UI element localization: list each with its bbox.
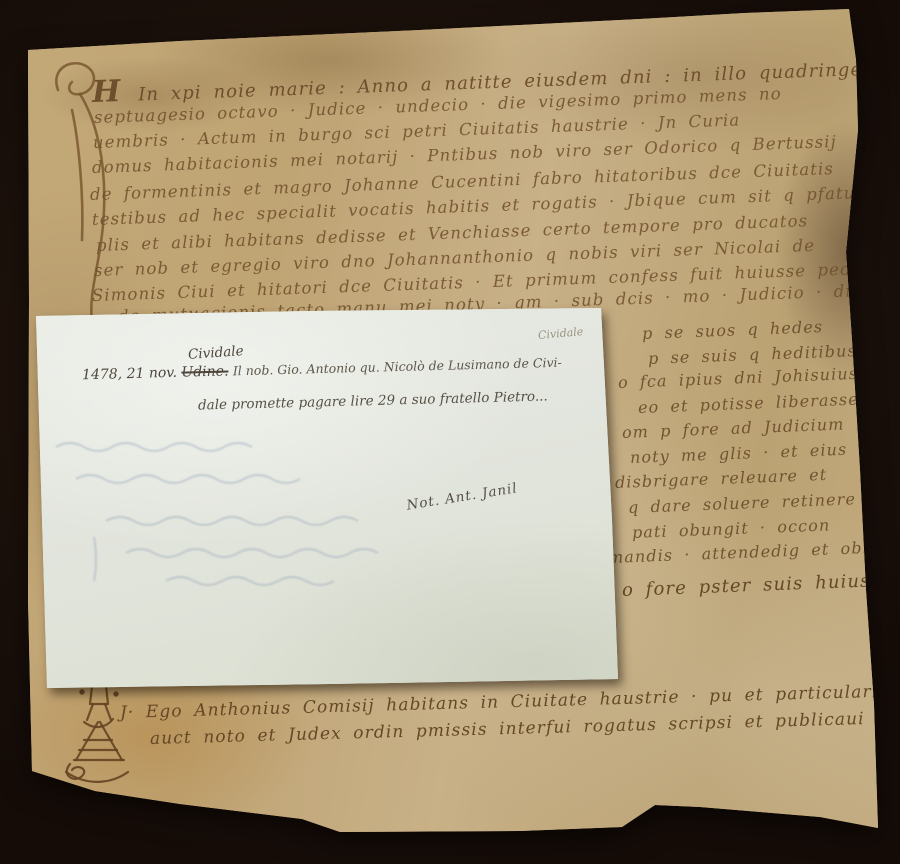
note-summary-line-1: 1478, 21 nov. Udine. Il nob. Gio. Antoni… xyxy=(82,355,562,384)
note-regest-text: Il nob. Gio. Antonio qu. Nicolò de Lusim… xyxy=(233,355,562,379)
note-shadow-wrap: Cividale Cividale 1478, 21 nov. Udine. I… xyxy=(0,0,900,864)
note-signature: Not. Ant. Janil xyxy=(405,480,518,513)
note-place-corrected: Cividale xyxy=(188,343,245,363)
note-place-struck: Udine. xyxy=(181,363,228,380)
photograph-of-parchment-deed: H In xpi noie marie : Anno a natitte eiu… xyxy=(0,0,900,864)
note-date: 1478, 21 nov. xyxy=(82,365,177,383)
archival-note-slip: Cividale Cividale 1478, 21 nov. Udine. I… xyxy=(36,307,621,689)
note-summary-line-2: dale promette pagare lire 29 a suo frate… xyxy=(198,388,548,413)
note-corner-annotation: Cividale xyxy=(538,325,584,342)
